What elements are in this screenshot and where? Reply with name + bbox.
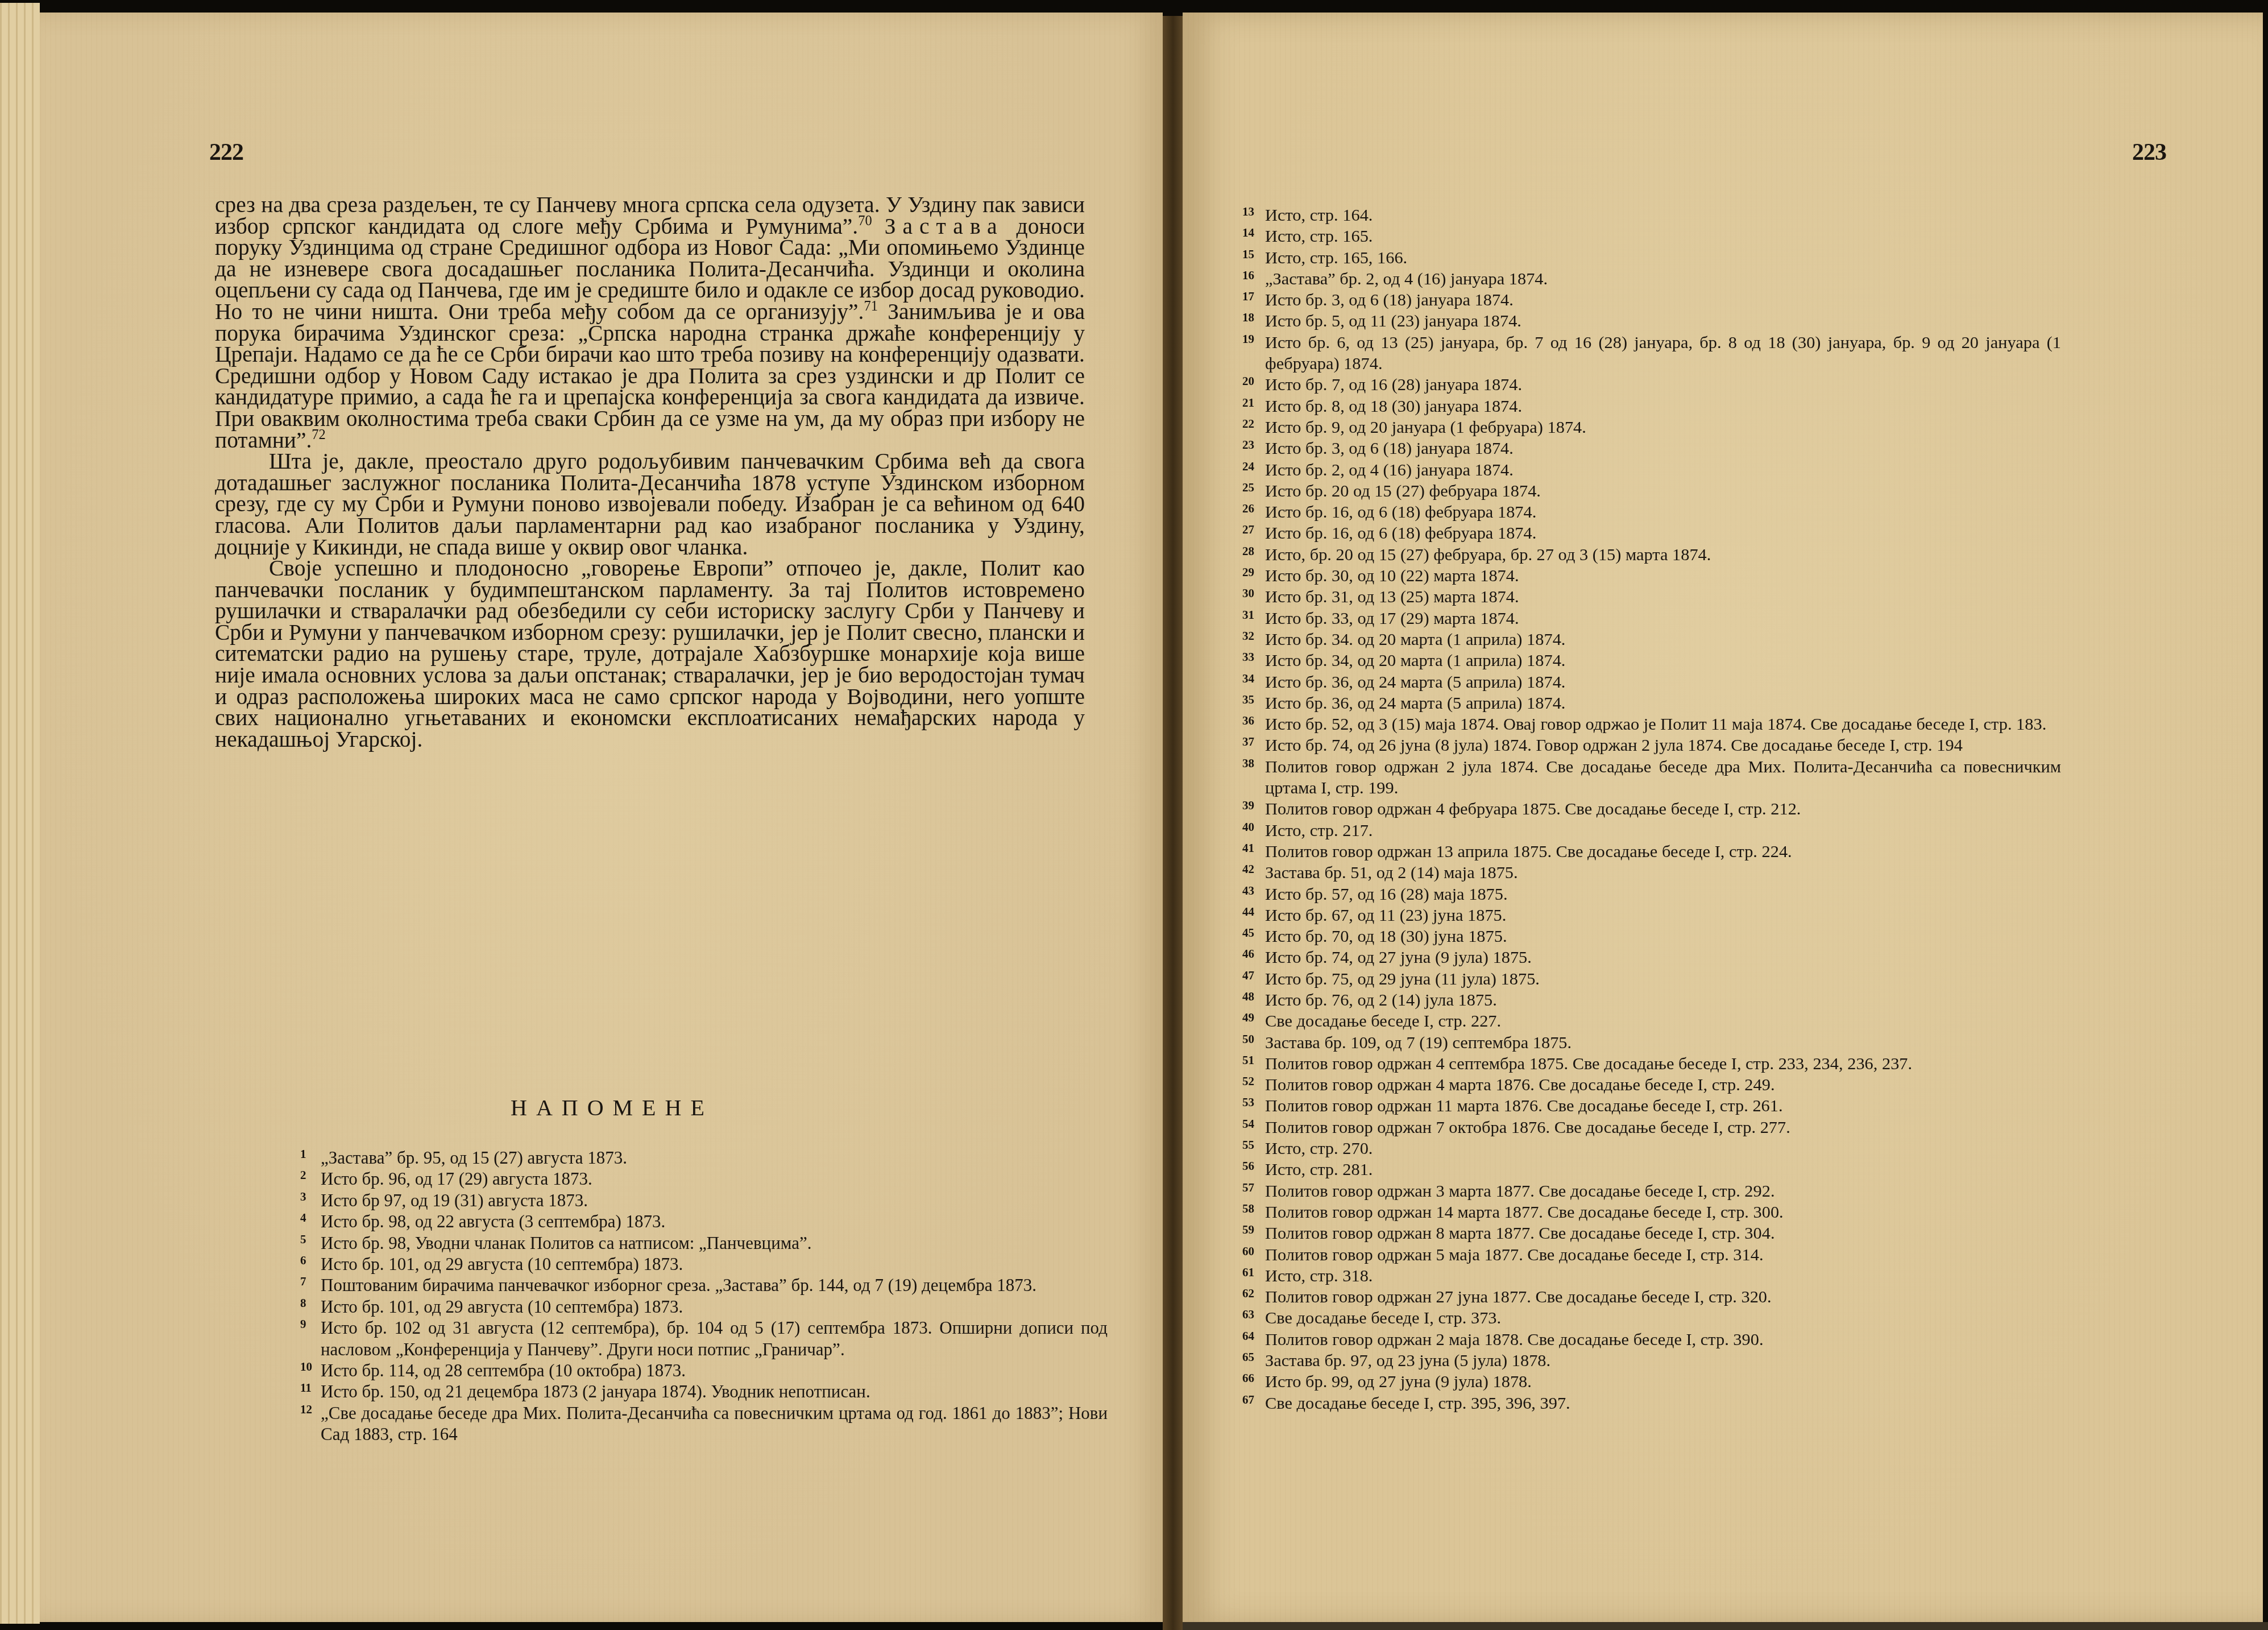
endnote: 42Застава бр. 51, од 2 (14) маја 1875. xyxy=(1242,862,2061,883)
endnote: 50Застава бр. 109, од 7 (19) септембра 1… xyxy=(1242,1032,2061,1053)
endnote: 2Исто бр. 96, од 17 (29) августа 1873. xyxy=(300,1168,1108,1189)
endnote: 57Политов говор одржан 3 марта 1877. Све… xyxy=(1242,1181,2061,1202)
endnote: 66Исто бр. 99, од 27 јуна (9 јула) 1878. xyxy=(1242,1371,2061,1392)
endnote: 39Политов говор одржан 4 фебруара 1875. … xyxy=(1242,799,2061,820)
endnote: 20Исто бр. 7, од 16 (28) јануара 1874. xyxy=(1242,374,2061,395)
endnote: 59Политов говор одржан 8 марта 1877. Све… xyxy=(1242,1223,2061,1244)
endnote: 13Исто, стр. 164. xyxy=(1242,205,2061,226)
endnote: 1„Застава” бр. 95, од 15 (27) августа 18… xyxy=(300,1147,1108,1168)
endnote: 16„Застава” бр. 2, од 4 (16) јануара 187… xyxy=(1242,268,2061,289)
endnote: 21Исто бр. 8, од 18 (30) јануара 1874. xyxy=(1242,396,2061,417)
endnote: 17Исто бр. 3, од 6 (18) јануара 1874. xyxy=(1242,289,2061,311)
endnote: 37Исто бр. 74, од 26 јуна (8 јула) 1874.… xyxy=(1242,735,2061,756)
endnote: 5Исто бр. 98, Уводни чланак Политов са н… xyxy=(300,1232,1108,1253)
endnote: 12„Све досадање беседе дра Мих. Полита-Д… xyxy=(300,1403,1108,1445)
endnote: 31Исто бр. 33, од 17 (29) марта 1874. xyxy=(1242,608,2061,629)
endnote: 14Исто, стр. 165. xyxy=(1242,226,2061,247)
endnote: 30Исто бр. 31, од 13 (25) марта 1874. xyxy=(1242,586,2061,607)
endnote: 61Исто, стр. 318. xyxy=(1242,1265,2061,1286)
endnote: 62Политов говор одржан 27 јуна 1877. Све… xyxy=(1242,1286,2061,1308)
paragraph-3: Своје успешно и плодоносно „говорење Евр… xyxy=(215,558,1085,750)
endnote: 67Све досадање беседе I, стр. 395, 396, … xyxy=(1242,1393,2061,1414)
endnote: 25Исто бр. 20 од 15 (27) фебруара 1874. xyxy=(1242,481,2061,502)
paragraph-2: Шта је, дакле, преостало друго родољубив… xyxy=(215,451,1085,558)
endnote: 32Исто бр. 34. од 20 марта (1 априла) 18… xyxy=(1242,629,2061,650)
footnote-ref[interactable]: 71 xyxy=(864,299,877,314)
endnotes-list: 1„Застава” бр. 95, од 15 (27) августа 18… xyxy=(300,1147,1108,1445)
endnote: 8Исто бр. 101, од 29 августа (10 септемб… xyxy=(300,1296,1108,1317)
endnote: 60Политов говор одржан 5 маја 1877. Све … xyxy=(1242,1244,2061,1265)
endnote: 10Исто бр. 114, од 28 септембра (10 окто… xyxy=(300,1360,1108,1381)
endnote: 51Политов говор одржан 4 септембра 1875.… xyxy=(1242,1053,2061,1074)
endnote: 11Исто бр. 150, од 21 децембра 1873 (2 ј… xyxy=(300,1381,1108,1402)
footnote-ref[interactable]: 72 xyxy=(312,427,325,442)
endnote: 47Исто бр. 75, од 29 јуна (11 јула) 1875… xyxy=(1242,969,2061,990)
endnote: 56Исто, стр. 281. xyxy=(1242,1159,2061,1180)
right-page: 223 13Исто, стр. 164.14Исто, стр. 165.15… xyxy=(1183,13,2263,1622)
endnotes-list: 13Исто, стр. 164.14Исто, стр. 165.15Исто… xyxy=(1242,205,2061,1414)
page-number: 222 xyxy=(209,139,243,166)
endnote: 15Исто, стр. 165, 166. xyxy=(1242,247,2061,268)
page-edges-stack xyxy=(0,3,40,1624)
endnote: 19Исто бр. 6, од 13 (25) јануара, бр. 7 … xyxy=(1242,332,2061,375)
endnote: 40Исто, стр. 217. xyxy=(1242,820,2061,841)
footnote-ref[interactable]: 70 xyxy=(858,213,872,229)
endnote: 38Политов говор одржан 2 јула 1874. Све … xyxy=(1242,756,2061,799)
paragraph-1: срез на два среза раздељен, те су Панчев… xyxy=(215,195,1085,451)
endnote: 9Исто бр. 102 од 31 августа (12 септембр… xyxy=(300,1317,1108,1360)
endnote: 29Исто бр. 30, од 10 (22) марта 1874. xyxy=(1242,565,2061,586)
endnote: 54Политов говор одржан 7 октобра 1876. С… xyxy=(1242,1117,2061,1138)
body-text: срез на два среза раздељен, те су Панчев… xyxy=(215,195,1085,750)
endnote: 33Исто бр. 34, од 20 марта (1 априла) 18… xyxy=(1242,650,2061,671)
endnote: 64Политов говор одржан 2 маја 1878. Све … xyxy=(1242,1329,2061,1350)
endnote: 35Исто бр. 36, од 24 марта (5 априла) 18… xyxy=(1242,693,2061,714)
endnote: 43Исто бр. 57, од 16 (28) маја 1875. xyxy=(1242,884,2061,905)
endnote: 23Исто бр. 3, од 6 (18) јануара 1874. xyxy=(1242,438,2061,459)
endnote: 48Исто бр. 76, од 2 (14) јула 1875. xyxy=(1242,990,2061,1011)
endnote: 65Застава бр. 97, од 23 јуна (5 јула) 18… xyxy=(1242,1350,2061,1371)
page-number: 223 xyxy=(2132,139,2166,166)
endnote: 3Исто бр 97, од 19 (31) августа 1873. xyxy=(300,1190,1108,1211)
page-bottom-edge xyxy=(1183,1622,2268,1630)
endnote: 4Исто бр. 98, од 22 августа (3 септембра… xyxy=(300,1211,1108,1232)
notes-heading: НАПОМЕНЕ xyxy=(511,1094,714,1121)
endnote: 44Исто бр. 67, од 11 (23) јуна 1875. xyxy=(1242,905,2061,926)
endnote: 34Исто бр. 36, од 24 марта (5 априла) 18… xyxy=(1242,672,2061,693)
endnote: 53Политов говор одржан 11 марта 1876. Св… xyxy=(1242,1095,2061,1116)
endnote: 18Исто бр. 5, од 11 (23) јануара 1874. xyxy=(1242,311,2061,332)
endnote: 45Исто бр. 70, од 18 (30) јуна 1875. xyxy=(1242,926,2061,947)
endnote: 27Исто бр. 16, од 6 (18) фебруара 1874. xyxy=(1242,523,2061,544)
endnote: 55Исто, стр. 270. xyxy=(1242,1138,2061,1159)
endnote: 58Политов говор одржан 14 марта 1877. Св… xyxy=(1242,1202,2061,1223)
left-page: 222 срез на два среза раздељен, те су Па… xyxy=(40,13,1163,1622)
endnote: 63Све досадање беседе I, стр. 373. xyxy=(1242,1308,2061,1329)
endnote: 6Исто бр. 101, од 29 августа (10 септемб… xyxy=(300,1253,1108,1275)
endnote: 24Исто бр. 2, од 4 (16) јануара 1874. xyxy=(1242,460,2061,481)
endnote: 28Исто, бр. 20 од 15 (27) фебруара, бр. … xyxy=(1242,544,2061,565)
endnote: 26Исто бр. 16, од 6 (18) фебруара 1874. xyxy=(1242,502,2061,523)
endnote: 52Политов говор одржан 4 марта 1876. Све… xyxy=(1242,1074,2061,1095)
endnote: 22Исто бр. 9, од 20 јануара (1 фебруара)… xyxy=(1242,417,2061,438)
endnote: 7Поштованим бирачима панчевачког изборно… xyxy=(300,1275,1108,1296)
endnote: 46Исто бр. 74, од 27 јуна (9 јула) 1875. xyxy=(1242,947,2061,968)
endnote: 41Политов говор одржан 13 априла 1875. С… xyxy=(1242,841,2061,862)
endnote: 49Све досадање беседе I, стр. 227. xyxy=(1242,1011,2061,1032)
endnote: 36Исто бр. 52, од 3 (15) маја 1874. Овај… xyxy=(1242,714,2061,735)
